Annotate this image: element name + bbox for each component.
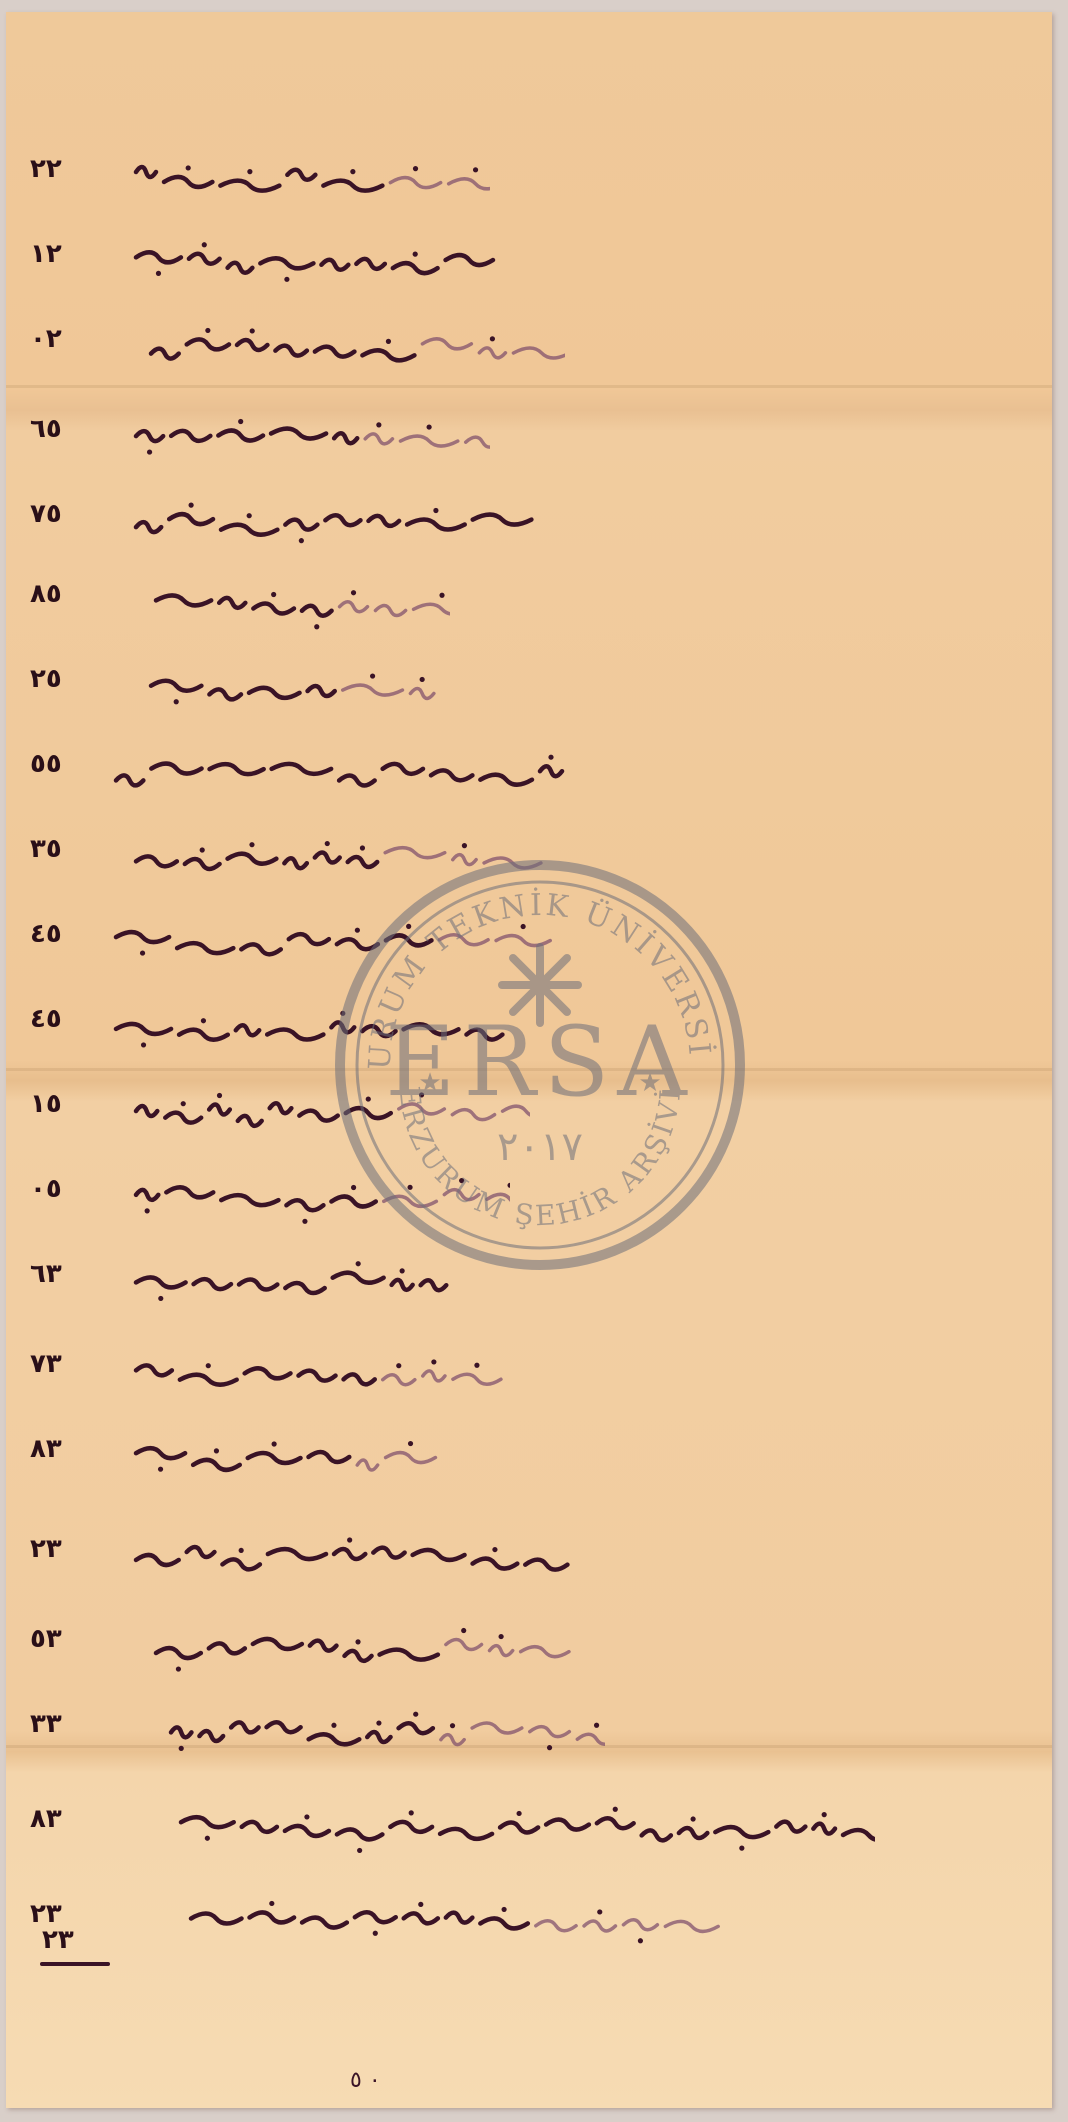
entry-handwriting <box>130 1430 450 1490</box>
entry-amount: ٦٥ <box>30 414 62 444</box>
total-amount: ٢٣ <box>42 1925 74 1955</box>
entry-amount: ٥٥ <box>30 749 62 779</box>
entry-handwriting <box>130 1530 570 1590</box>
ledger-entry: ٥٥ <box>0 745 1068 815</box>
entry-handwriting <box>110 745 590 805</box>
entry-handwriting <box>150 575 450 635</box>
entry-amount: ١٥ <box>30 1089 62 1119</box>
entry-amount: ٢٣ <box>30 1534 62 1564</box>
total-underline <box>40 1962 110 1966</box>
ledger-entry: ٨٣ <box>0 1430 1068 1500</box>
ledger-entry: ٠٢ <box>0 320 1068 390</box>
entry-amount: ٧٣ <box>30 1349 62 1379</box>
entry-amount: ٧٥ <box>30 499 62 529</box>
entry-amount: ٨٥ <box>30 579 62 609</box>
ledger-entry: ٨٥ <box>0 575 1068 645</box>
entry-amount: ١٢ <box>30 239 62 269</box>
footer-mark: ٠ ٥ <box>350 2068 381 2093</box>
entry-amount: ٥٣ <box>30 1624 62 1654</box>
ledger-entry: ٧٣ <box>0 1345 1068 1415</box>
entry-amount: ٨٣ <box>30 1804 62 1834</box>
entry-handwriting <box>145 320 565 380</box>
archive-stamp: ERZURUM TEKNİK ÜNİVERSİTESİ ERZURUM ŞEHİ… <box>330 855 750 1275</box>
entry-handwriting <box>130 495 550 555</box>
entry-handwriting <box>150 1620 590 1680</box>
entry-amount: ٢٥ <box>30 664 62 694</box>
entry-handwriting <box>175 1800 875 1860</box>
entry-amount: ٢٢ <box>30 154 62 184</box>
star-icon: ★ <box>418 1068 441 1098</box>
entry-handwriting <box>130 150 490 210</box>
ledger-entry: ٢٥ <box>0 660 1068 730</box>
entry-amount: ٣٣ <box>30 1709 62 1739</box>
entry-amount: ٨٣ <box>30 1434 62 1464</box>
entry-handwriting <box>185 1895 745 1955</box>
ledger-entry: ٢٣ <box>0 1895 1068 1965</box>
ledger-entry: ١٢ <box>0 235 1068 305</box>
ledger-entry: ٧٥ <box>0 495 1068 565</box>
ledger-entry: ٨٣ <box>0 1800 1068 1870</box>
star-icon: ★ <box>638 1068 661 1098</box>
entry-amount: ٣٥ <box>30 834 62 864</box>
ledger-entry: ٢٣ <box>0 1530 1068 1600</box>
stamp-year: ٢٠١٧ <box>497 1124 583 1170</box>
ledger-entry: ٣٣ <box>0 1705 1068 1775</box>
ledger-entry: ٦٥ <box>0 410 1068 480</box>
ledger-entry: ٢٢ <box>0 150 1068 220</box>
entry-handwriting <box>130 235 510 295</box>
entry-amount: ٠٥ <box>30 1174 62 1204</box>
entry-amount: ٤٥ <box>30 1004 62 1034</box>
entry-handwriting <box>130 410 490 470</box>
stamp-center-text: ERSA <box>385 1006 694 1118</box>
ledger-entry: ٥٣ <box>0 1620 1068 1690</box>
entry-amount: ٠٢ <box>30 324 62 354</box>
entry-handwriting <box>165 1705 605 1765</box>
entry-handwriting <box>145 660 445 720</box>
entry-amount: ٤٥ <box>30 919 62 949</box>
entry-amount: ٦٣ <box>30 1259 62 1289</box>
entry-handwriting <box>130 1345 510 1405</box>
